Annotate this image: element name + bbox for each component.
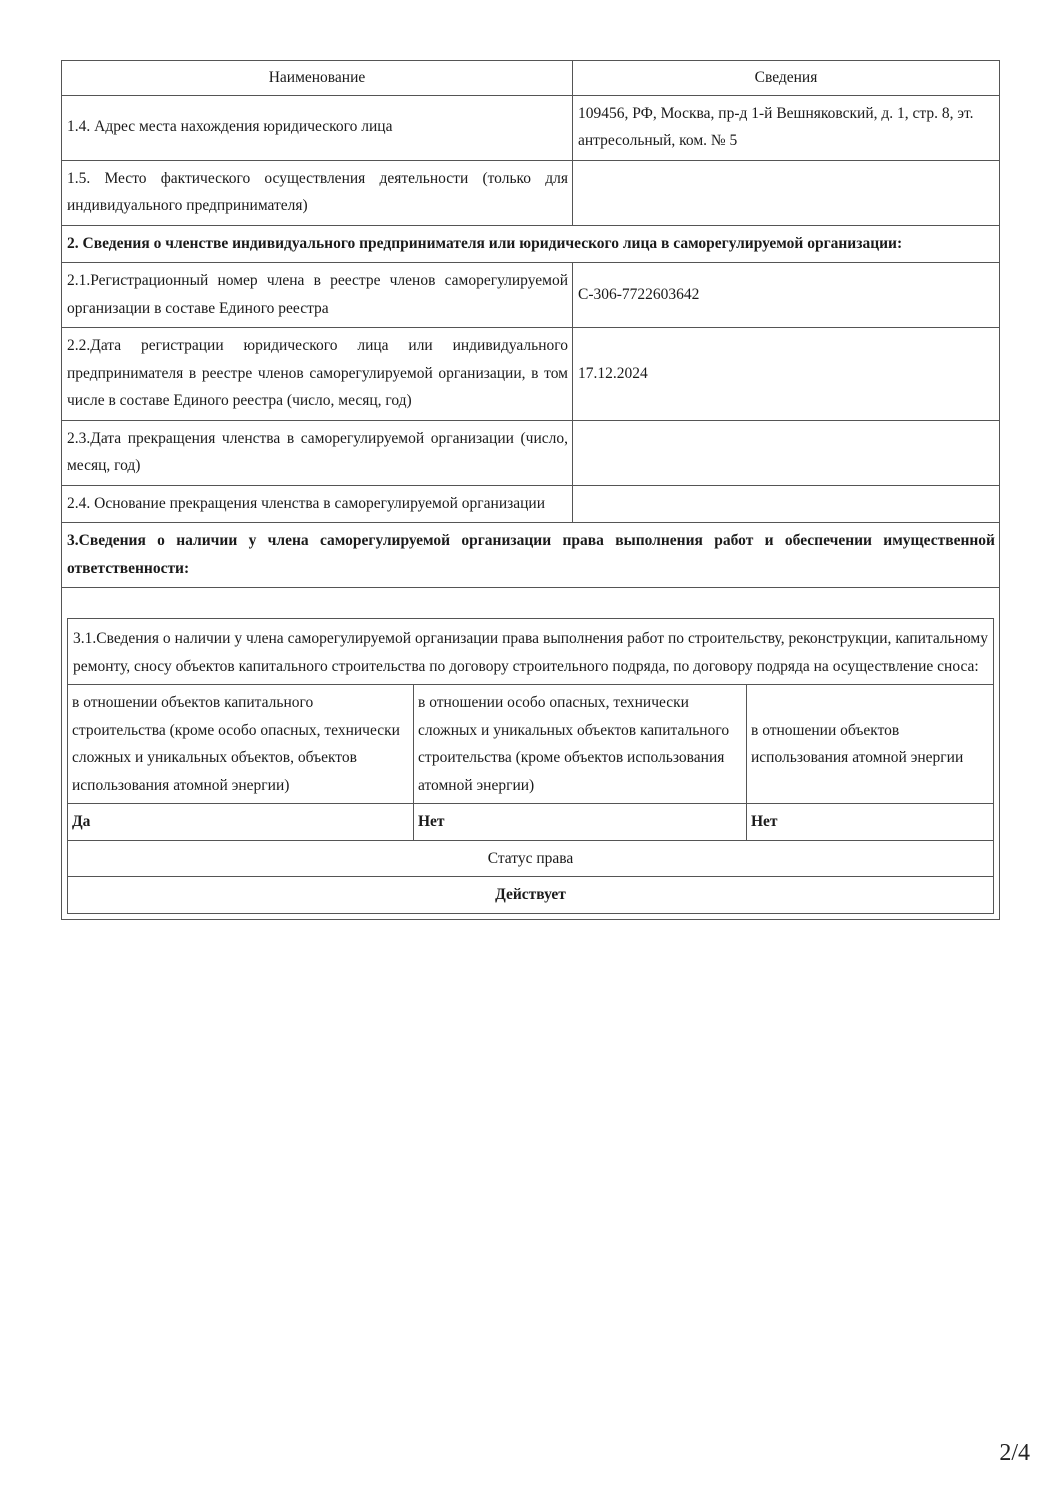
rights-value: Нет	[747, 804, 994, 841]
table-row: 2.4. Основание прекращения членства в са…	[62, 485, 1000, 523]
section-title: 2. Сведения о членстве индивидуального п…	[62, 225, 1000, 263]
table-row: 2.1.Регистрационный номер члена в реестр…	[62, 263, 1000, 328]
status-value: Действует	[68, 877, 994, 914]
rights-container: 3.1.Сведения о наличии у члена саморегул…	[62, 588, 1000, 920]
row-value: С-306-7722603642	[573, 263, 1000, 328]
section-3-content: 3.1.Сведения о наличии у члена саморегул…	[62, 588, 1000, 920]
status-label: Статус права	[68, 840, 994, 877]
section-2-heading: 2. Сведения о членстве индивидуального п…	[62, 225, 1000, 263]
row-label: 2.2.Дата регистрации юридического лица и…	[62, 328, 573, 421]
work-rights-table: 3.1.Сведения о наличии у члена саморегул…	[67, 618, 994, 914]
row-value	[573, 420, 1000, 485]
rights-column: в отношении объектов капитального строит…	[68, 685, 414, 804]
rights-value: Нет	[414, 804, 747, 841]
row-value	[573, 160, 1000, 225]
row-value: 109456, РФ, Москва, пр-д 1-й Вешняковски…	[573, 95, 1000, 160]
table-row: 2.3.Дата прекращения членства в саморегу…	[62, 420, 1000, 485]
subsection-title: 3.1.Сведения о наличии у члена саморегул…	[68, 619, 994, 685]
table-header-row: Наименование Сведения	[62, 61, 1000, 96]
row-label: 2.1.Регистрационный номер члена в реестр…	[62, 263, 573, 328]
row-value	[573, 485, 1000, 523]
rights-column: в отношении особо опасных, технически сл…	[414, 685, 747, 804]
page-number: 2/4	[999, 1440, 1030, 1467]
rights-values-row: Да Нет Нет	[68, 804, 994, 841]
membership-info-table: Наименование Сведения 1.4. Адрес места н…	[61, 60, 1000, 920]
rights-columns-row: в отношении объектов капитального строит…	[68, 685, 994, 804]
status-label-row: Статус права	[68, 840, 994, 877]
row-label: 1.4. Адрес места нахождения юридического…	[62, 95, 573, 160]
table-row: 1.4. Адрес места нахождения юридического…	[62, 95, 1000, 160]
section-3-heading: 3.Сведения о наличии у члена саморегулир…	[62, 523, 1000, 588]
header-name: Наименование	[62, 61, 573, 96]
row-label: 2.4. Основание прекращения членства в са…	[62, 485, 573, 523]
row-value: 17.12.2024	[573, 328, 1000, 421]
section-title: 3.Сведения о наличии у члена саморегулир…	[62, 523, 1000, 588]
header-info: Сведения	[573, 61, 1000, 96]
rights-value: Да	[68, 804, 414, 841]
status-value-row: Действует	[68, 877, 994, 914]
row-label: 1.5. Место фактического осуществления де…	[62, 160, 573, 225]
rights-column: в отношении объектов использования атомн…	[747, 685, 994, 804]
row-label: 2.3.Дата прекращения членства в саморегу…	[62, 420, 573, 485]
table-row: 2.2.Дата регистрации юридического лица и…	[62, 328, 1000, 421]
table-row: 1.5. Место фактического осуществления де…	[62, 160, 1000, 225]
subsection-title-row: 3.1.Сведения о наличии у члена саморегул…	[68, 619, 994, 685]
